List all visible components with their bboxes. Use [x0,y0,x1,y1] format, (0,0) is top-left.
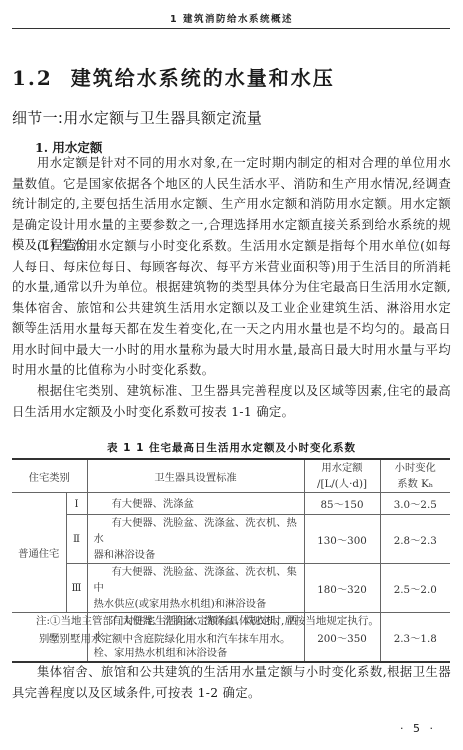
page-number: · 5 · [400,722,436,735]
header-quota: 用水定额/[L/(人·d)] [304,459,380,493]
row-quota: 130～300 [304,515,380,564]
header-k: 小时变化系数 Kₕ [380,459,450,493]
row-sub: Ⅱ [66,515,87,564]
row-desc-text: 有大便器、洗涤盆 [112,498,194,510]
row-k: 3.0～2.5 [380,493,450,515]
row-desc: 有大便器、洗涤盆 [87,493,304,515]
section-title: 1.2建筑给水系统的水量和水压 [12,62,335,91]
paragraph-3: 生活用水量每天都在发生着变化,在一天之内用水量也是不均匀的。最高日用水时间中最大… [12,319,451,381]
header-k-line1: 小时变化 [395,462,436,474]
table-caption: 表 1 1 住宅最高日生活用水定额及小时变化系数 [0,440,463,455]
row-sub: Ⅲ [66,564,87,613]
row-desc: 有大便器、洗脸盆、洗涤盆、洗衣机、热水器和淋浴设备 [87,515,304,564]
header-quota-line1: 用水定额 [321,462,362,474]
row-quota: 180～320 [304,564,380,613]
closing-paragraph: 集体宿舍、旅馆和公共建筑的生活用水量定额与小时变化系数,根据卫生器具完善程度以及… [12,662,451,703]
paragraph-4: 根据住宅类别、建筑标准、卫生器具完善程度以及区域等因素,住宅的最高日生活用水定额… [12,381,451,422]
header-k-line2: 系数 Kₕ [397,478,433,490]
row-desc-text2: 热水供应(或家用热水机组)和淋浴设备 [94,598,267,610]
section-title-text: 建筑给水系统的水量和水压 [71,66,335,90]
header-standard: 卫生器具设置标准 [87,459,304,493]
table-row: Ⅲ 有大便器、洗脸盆、洗涤盆、洗衣机、集中热水供应(或家用热水机组)和淋浴设备 … [12,564,450,613]
subsection-title: 细节一:用水定额与卫生器具额定流量 [12,107,262,128]
row-desc-text: 有大便器、洗脸盆、洗涤盆、洗衣机、集中 [94,566,297,594]
group-label: 普通住宅 [12,493,66,613]
table-row: Ⅱ 有大便器、洗脸盆、洗涤盆、洗衣机、热水器和淋浴设备 130～300 2.8～… [12,515,450,564]
row-quota: 85～150 [304,493,380,515]
row-desc-text2: 器和淋浴设备 [94,549,156,561]
header-rule [12,28,450,29]
villa-desc-text2: 栓、家用热水机组和沐浴设备 [94,647,228,659]
header-type: 住宅类别 [12,459,87,493]
running-head: 1 建筑消防给水系统概述 [0,11,463,25]
table-note-2: ②别墅用水定额中含庭院绿化用水和汽车抹车用水。 [49,631,291,648]
section-number: 1.2 [12,66,53,90]
row-k: 2.5～2.0 [380,564,450,613]
table-row: 普通住宅 Ⅰ 有大便器、洗涤盆 85～150 3.0～2.5 [12,493,450,515]
row-k: 2.8～2.3 [380,515,450,564]
row-desc: 有大便器、洗脸盆、洗涤盆、洗衣机、集中热水供应(或家用热水机组)和淋浴设备 [87,564,304,613]
row-sub: Ⅰ [66,493,87,515]
table-note-1: 注:①当地主管部门对住宅生活用水定额有具体规定时,应按当地规定执行。 [36,613,379,630]
villa-k: 2.3～1.8 [380,613,450,663]
header-quota-line2: /[L/(人·d)] [317,478,367,490]
table-header-row: 住宅类别 卫生器具设置标准 用水定额/[L/(人·d)] 小时变化系数 Kₕ [12,459,450,493]
row-desc-text: 有大便器、洗脸盆、洗涤盆、洗衣机、热水 [94,517,297,545]
